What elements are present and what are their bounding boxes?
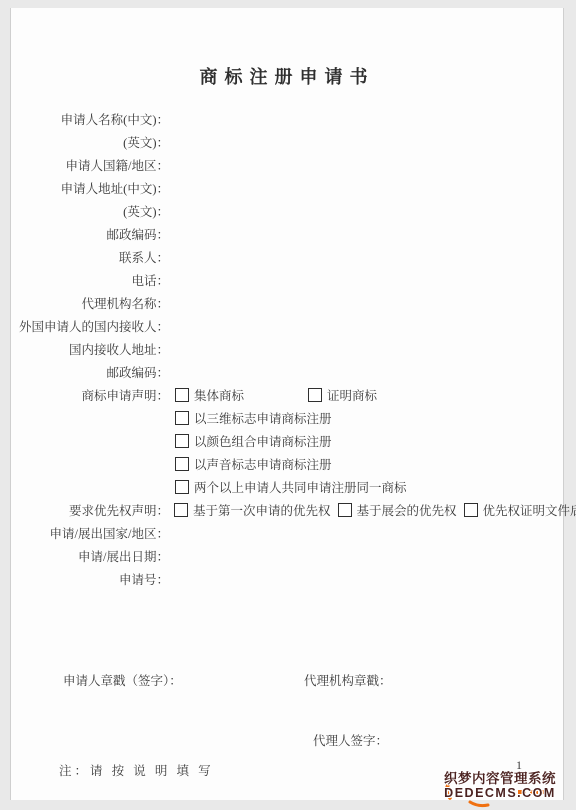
field-row: 联系人： — [11, 245, 563, 268]
field-row: 申请人国籍/地区： — [11, 153, 563, 176]
form-fields: 申请人名称(中文)： (英文)： 申请人国籍/地区： 申请人地址(中文)： (英… — [11, 107, 563, 590]
option-label: 两个以上申请人共同申请注册同一商标 — [194, 478, 407, 496]
checkbox-certification-mark[interactable] — [308, 388, 322, 402]
field-label-postal-code: 邮政编码： — [11, 225, 169, 243]
option-joint-application: 两个以上申请人共同申请注册同一商标 — [175, 478, 407, 496]
field-row: 申请/展出日期： — [11, 544, 563, 567]
declaration-row-2: 以三维标志申请商标注册 — [11, 406, 563, 429]
field-label-nationality: 申请人国籍/地区： — [11, 156, 169, 174]
agency-seal-label: 代理机构章戳： — [304, 671, 392, 689]
checkbox-3d-mark[interactable] — [175, 411, 189, 425]
field-label-recipient-address: 国内接收人地址： — [11, 340, 169, 358]
option-3d-mark: 以三维标志申请商标注册 — [175, 409, 332, 427]
trademark-application-form: 商标注册申请书 申请人名称(中文)： (英文)： 申请人国籍/地区： 申请人地址… — [10, 8, 564, 800]
option-label: 优先权证明文件后补 — [483, 501, 576, 519]
field-row: 邮政编码： — [11, 360, 563, 383]
field-label-priority-date: 申请/展出日期： — [11, 547, 169, 565]
watermark-line2: DEDECMS.COM — [440, 787, 560, 801]
field-label-applicant-name-en: (英文)： — [11, 133, 169, 151]
option-color-combination: 以颜色组合申请商标注册 — [175, 432, 332, 450]
dedecms-watermark: 织梦内容管理系统 DEDECMS.COM — [440, 772, 560, 801]
field-label-domestic-recipient: 外国申请人的国内接收人： — [11, 317, 169, 335]
declaration-row-4: 以声音标志申请商标注册 — [11, 452, 563, 475]
field-row: 申请人名称(中文)： — [11, 107, 563, 130]
agent-signature-label: 代理人签字： — [313, 731, 388, 749]
field-row: 申请人地址(中文)： — [11, 176, 563, 199]
field-row: 代理机构名称： — [11, 291, 563, 314]
declaration-row-1: 商标申请声明： 集体商标 证明商标 — [11, 383, 563, 406]
option-priority-first-filing: 基于第一次申请的优先权 — [174, 501, 331, 519]
declaration-row-5: 两个以上申请人共同申请注册同一商标 — [11, 475, 563, 498]
option-label: 基于展会的优先权 — [357, 501, 457, 519]
checkbox-priority-exhibition[interactable] — [338, 503, 352, 517]
option-priority-exhibition: 基于展会的优先权 — [338, 501, 457, 519]
field-row: (英文)： — [11, 199, 563, 222]
declaration-label: 商标申请声明： — [11, 386, 169, 404]
field-row: 国内接收人地址： — [11, 337, 563, 360]
field-label-priority-country: 申请/展出国家/地区： — [11, 524, 169, 542]
field-label-contact-person: 联系人： — [11, 248, 169, 266]
page-title: 商标注册申请书 — [11, 63, 563, 89]
checkbox-priority-first-filing[interactable] — [174, 503, 188, 517]
footer-note: 注：请 按 说 明 填 写 — [59, 761, 214, 779]
option-collective-mark: 集体商标 — [175, 386, 244, 404]
option-label: 以颜色组合申请商标注册 — [194, 432, 332, 450]
option-label: 集体商标 — [194, 386, 244, 404]
declaration-row-3: 以颜色组合申请商标注册 — [11, 429, 563, 452]
field-label-agency-name: 代理机构名称： — [11, 294, 169, 312]
checkbox-priority-docs-later[interactable] — [464, 503, 478, 517]
field-label-address-cn: 申请人地址(中文)： — [11, 179, 169, 197]
field-row: 电话： — [11, 268, 563, 291]
option-label: 以声音标志申请商标注册 — [194, 455, 332, 473]
option-priority-docs-later: 优先权证明文件后补 — [464, 501, 576, 519]
priority-row: 要求优先权声明： 基于第一次申请的优先权 基于展会的优先权 优先权证明文件后补 — [11, 498, 563, 521]
field-row: 外国申请人的国内接收人： — [11, 314, 563, 337]
option-certification-mark: 证明商标 — [308, 386, 377, 404]
field-label-telephone: 电话： — [11, 271, 169, 289]
checkbox-joint-application[interactable] — [175, 480, 189, 494]
field-label-application-number: 申请号： — [11, 570, 169, 588]
field-row: 邮政编码： — [11, 222, 563, 245]
field-label-recipient-postal-code: 邮政编码： — [11, 363, 169, 381]
field-row: 申请/展出国家/地区： — [11, 521, 563, 544]
option-sound-mark: 以声音标志申请商标注册 — [175, 455, 332, 473]
field-label-applicant-name-cn: 申请人名称(中文)： — [11, 110, 169, 128]
option-label: 证明商标 — [327, 386, 377, 404]
applicant-seal-label: 申请人章戳（签字）： — [63, 671, 182, 689]
field-row: (英文)： — [11, 130, 563, 153]
field-label-address-en: (英文)： — [11, 202, 169, 220]
checkbox-color-combination[interactable] — [175, 434, 189, 448]
watermark-line1: 织梦内容管理系统 — [440, 772, 560, 787]
checkbox-collective-mark[interactable] — [175, 388, 189, 402]
priority-label: 要求优先权声明： — [11, 501, 169, 519]
field-row: 申请号： — [11, 567, 563, 590]
option-label: 以三维标志申请商标注册 — [194, 409, 332, 427]
option-label: 基于第一次申请的优先权 — [193, 501, 331, 519]
checkbox-sound-mark[interactable] — [175, 457, 189, 471]
